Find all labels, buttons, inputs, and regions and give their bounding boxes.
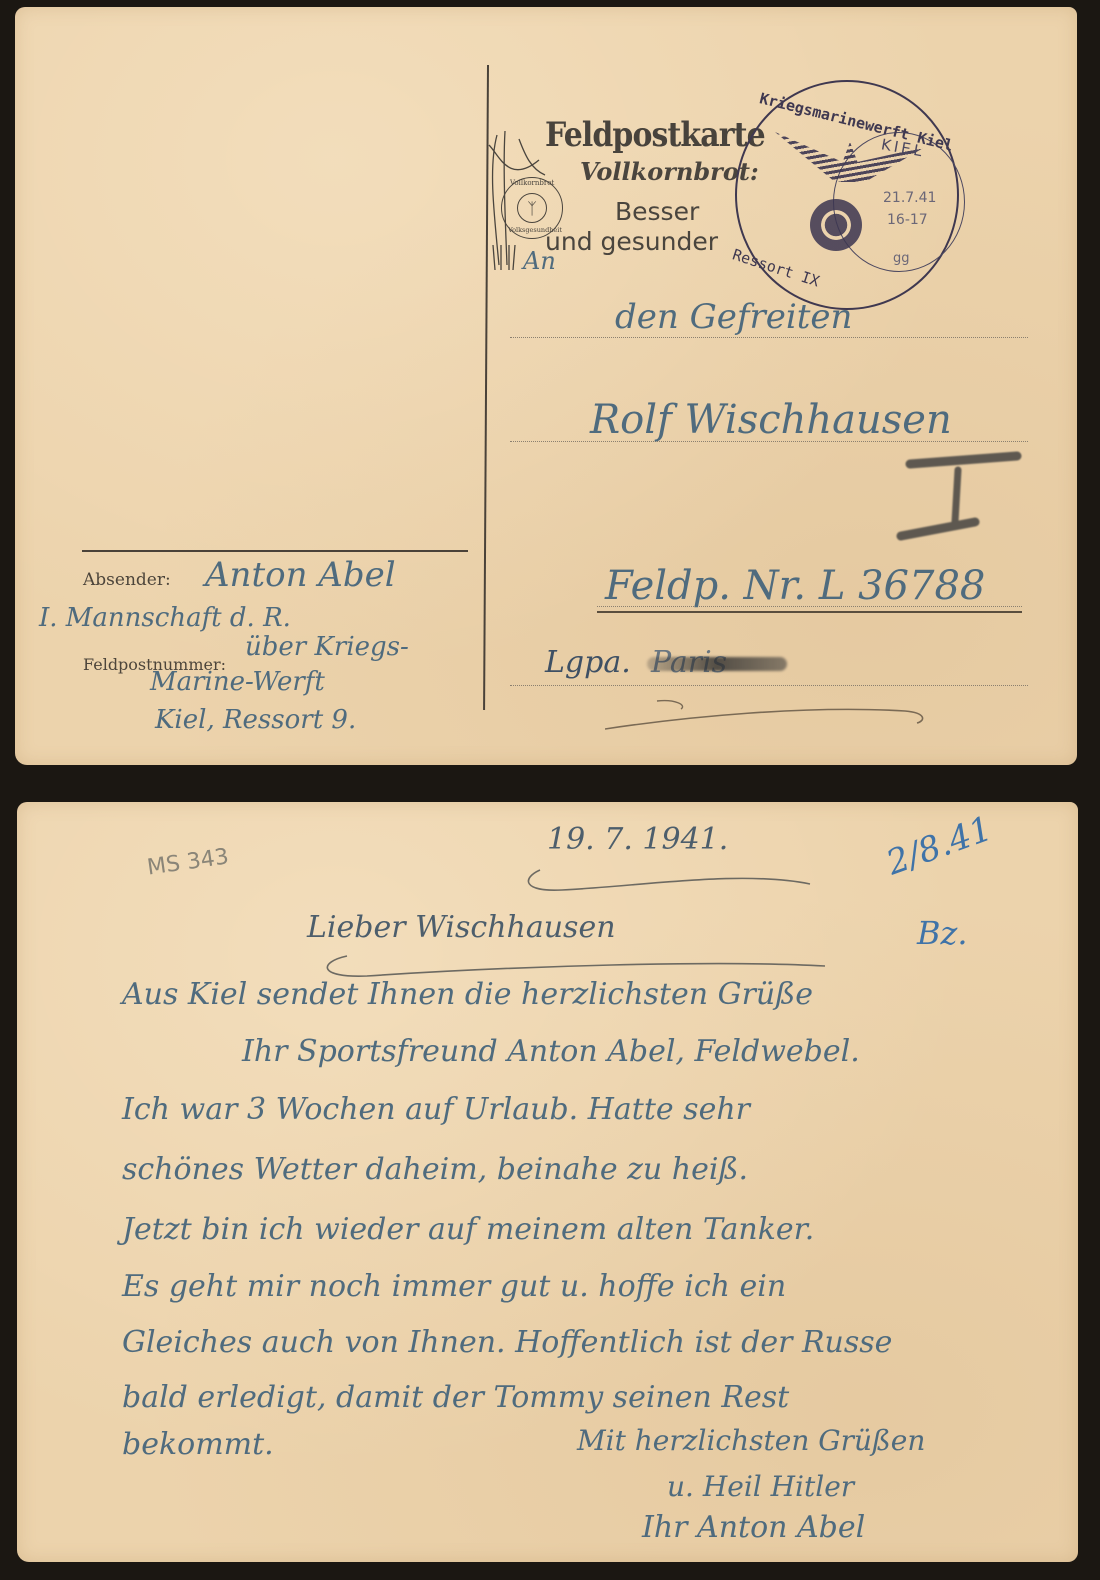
body-line: bekommt.	[122, 1427, 274, 1462]
letter-date: 19. 7. 1941.	[547, 822, 728, 857]
body-line: bald erledigt, damit der Tommy seinen Re…	[122, 1380, 789, 1415]
body-line: Aus Kiel sendet Ihnen die herzlichsten G…	[122, 977, 813, 1012]
address-flourish	[605, 697, 935, 737]
body-line: Gleiches auch von Ihnen. Hoffentlich ist…	[122, 1325, 892, 1360]
signature: Ihr Anton Abel	[642, 1510, 865, 1545]
salutation: Lieber Wischhausen	[307, 910, 616, 945]
seal-emblem-icon	[810, 199, 862, 251]
card-type-title: Feldpostkarte	[545, 115, 765, 155]
received-initials: Bz.	[917, 914, 968, 952]
slogan-line-3: und gesunder	[545, 227, 718, 256]
postcard-back: MS 343 19. 7. 1941. 2/8.41 Bz. Lieber Wi…	[17, 802, 1078, 1562]
body-line: Ich war 3 Wochen auf Urlaub. Hatte sehr	[122, 1092, 750, 1127]
sender-rule	[82, 550, 468, 552]
address-dotted-line-4	[510, 685, 1028, 686]
body-line: Ihr Sportsfreund Anton Abel, Feldwebel.	[242, 1034, 860, 1069]
sender-line-3: über Kriegs-	[245, 632, 409, 662]
recipient-title: den Gefreiten	[615, 297, 852, 337]
pencil-roman-one-mark	[895, 442, 1025, 542]
address-solid-rule	[597, 611, 1022, 613]
address-dotted-line-1	[510, 337, 1028, 338]
postmark-time: 16-17	[887, 212, 928, 228]
strikeout-mark	[647, 657, 787, 671]
sender-label: Absender:	[83, 570, 171, 590]
archive-pencil-note: MS 343	[146, 844, 231, 880]
postmark-code: gg	[893, 251, 910, 266]
recipient-fieldpost-number: Feldp. Nr. L 36788	[605, 563, 985, 609]
postmark-date: 21.7.41	[883, 190, 936, 206]
slogan-line-2: Besser	[615, 197, 699, 226]
sender-name: Anton Abel	[205, 555, 396, 595]
sender-line-5: Kiel, Ressort 9.	[155, 705, 356, 735]
date-flourish	[522, 866, 822, 896]
rune-icon: ᛉ	[517, 193, 547, 223]
badge-top-text: Vollkornbrot	[510, 179, 554, 187]
closing-line: u. Heil Hitler	[667, 1470, 854, 1503]
recipient-prefix: An	[523, 247, 556, 275]
closing-line: Mit herzlichsten Grüßen	[577, 1424, 925, 1457]
body-line: Es geht mir noch immer gut u. hoffe ich …	[122, 1269, 786, 1304]
body-line: Jetzt bin ich wieder auf meinem alten Ta…	[122, 1212, 814, 1247]
postcard-front: Vollkornbrot ᛉ Volksgesundheit Feldpostk…	[15, 7, 1077, 765]
recipient-name: Rolf Wischhausen	[590, 397, 952, 443]
sender-line-4: Marine-Werft	[150, 667, 325, 697]
body-line: schönes Wetter daheim, beinahe zu heiß.	[122, 1152, 748, 1187]
received-date-note: 2/8.41	[881, 809, 997, 884]
slogan-line-1: Vollkornbrot:	[580, 157, 759, 186]
sender-line-2: I. Mannschaft d. R.	[39, 603, 291, 633]
lgpa-label: Lgpa.	[545, 645, 631, 680]
